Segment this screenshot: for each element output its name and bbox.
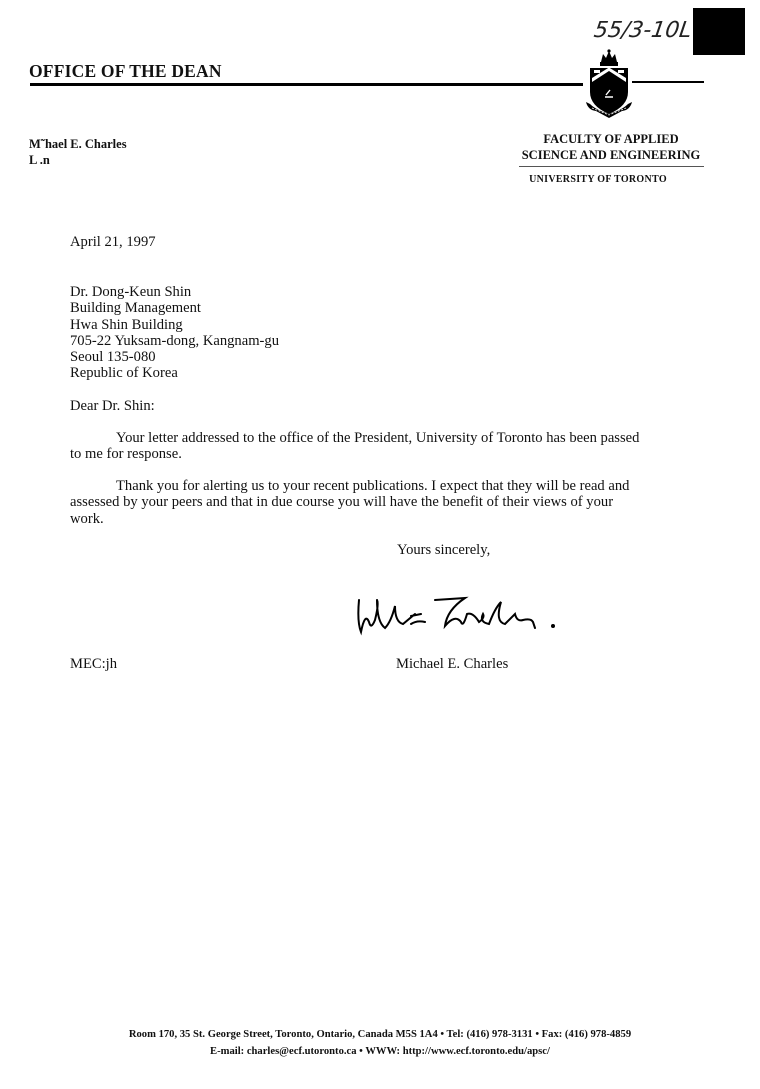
footer-contact: E-mail: charles@ecf.utoronto.ca • WWW: h…	[40, 1043, 720, 1060]
dean-title: L .n	[29, 153, 50, 168]
salutation: Dear Dr. Shin:	[70, 398, 155, 414]
reference-initials: MEC:jh	[70, 656, 117, 672]
letterhead-footer: Room 170, 35 St. George Street, Toronto,…	[40, 1026, 720, 1060]
dean-name: M˜hael E. Charles	[29, 137, 127, 152]
recipient-line: Republic of Korea	[70, 365, 279, 381]
recipient-line: Hwa Shin Building	[70, 317, 279, 333]
faculty-name: FACULTY OF APPLIED SCIENCE AND ENGINEERI…	[505, 131, 717, 163]
recipient-line: 705-22 Yuksam-dong, Kangnam-gu	[70, 333, 279, 349]
body-paragraph-2: Thank you for alerting us to your recent…	[70, 478, 642, 527]
footer-address: Room 170, 35 St. George Street, Toronto,…	[40, 1026, 720, 1043]
letter-date: April 21, 1997	[70, 234, 156, 250]
signature	[355, 592, 615, 642]
signer-name: Michael E. Charles	[396, 656, 508, 672]
closing: Yours sincerely,	[397, 542, 490, 558]
body-paragraph-1: Your letter addressed to the office of t…	[70, 430, 642, 463]
university-name: UNIVERSITY OF TORONTO	[505, 174, 691, 185]
handwritten-file-note: 55/3-10L	[592, 18, 693, 43]
office-title: OFFICE OF THE DEAN	[29, 61, 222, 82]
header-rule-right	[632, 81, 704, 83]
faculty-line-1: FACULTY OF APPLIED	[505, 131, 717, 147]
recipient-line: Seoul 135-080	[70, 349, 279, 365]
header-rule-left	[30, 83, 583, 86]
redaction-block	[693, 8, 745, 55]
faculty-line-2: SCIENCE AND ENGINEERING	[505, 147, 717, 163]
university-crest-icon	[582, 48, 636, 120]
faculty-rule	[519, 166, 704, 167]
recipient-address: Dr. Dong-Keun Shin Building Management H…	[70, 284, 279, 382]
recipient-line: Dr. Dong-Keun Shin	[70, 284, 279, 300]
recipient-line: Building Management	[70, 300, 279, 316]
